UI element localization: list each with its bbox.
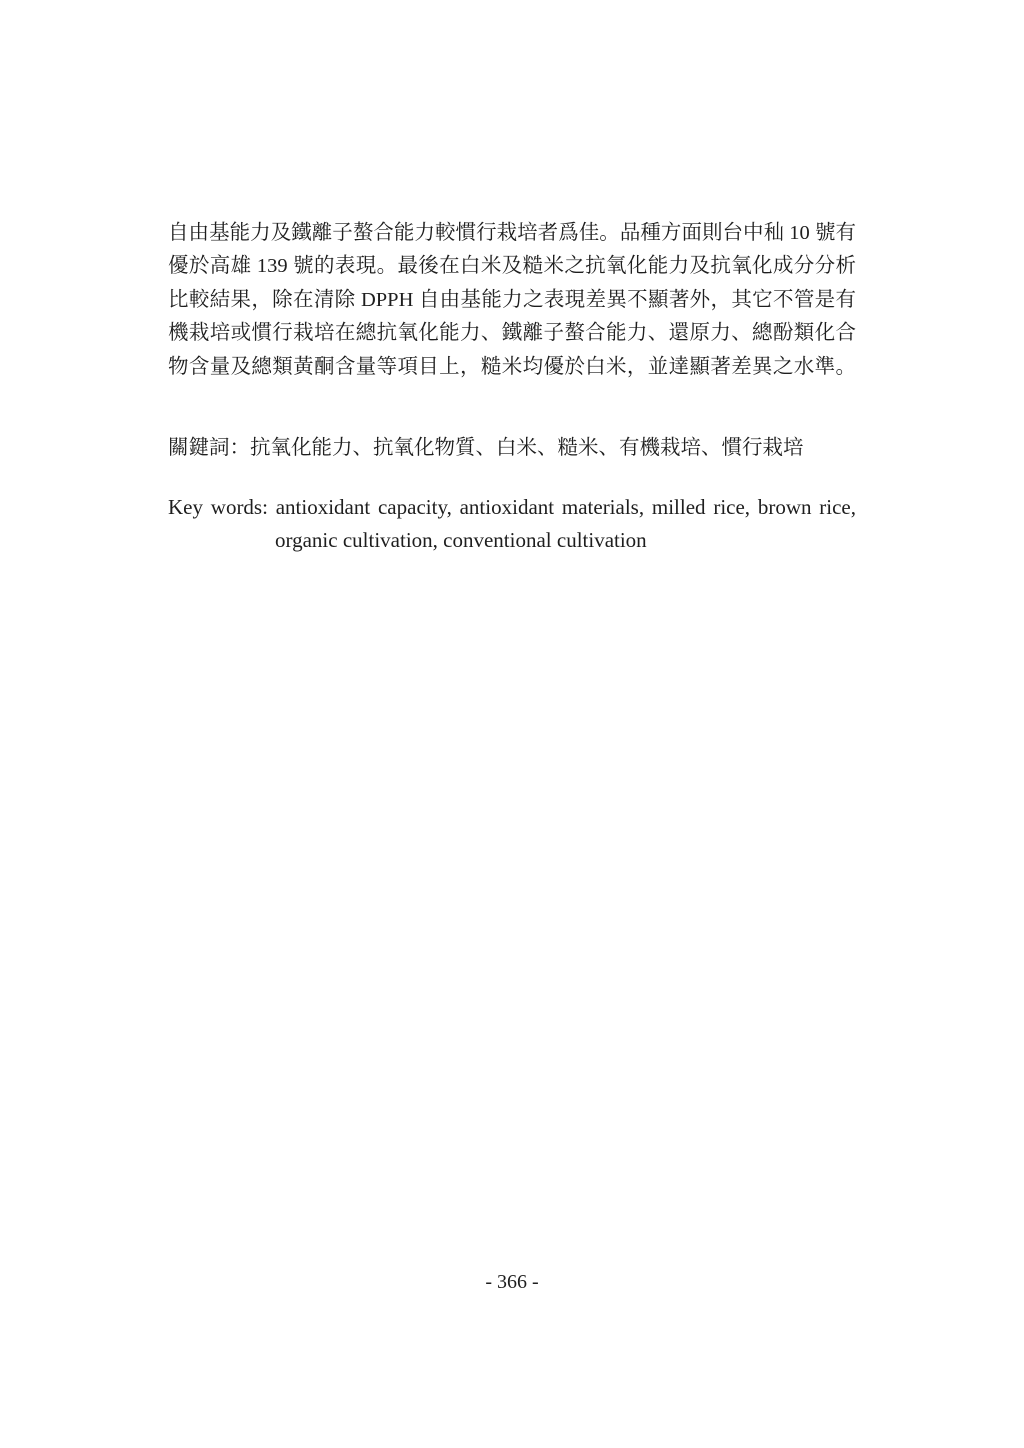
abstract-line: 比較結果，除在清除 DPPH 自由基能力之表現差異不顯著外，其它不管是有 bbox=[168, 284, 856, 317]
abstract-line: 物含量及總類黃酮含量等項目上，糙米均優於白米，並達顯著差異之水準。 bbox=[168, 351, 856, 384]
page-number: - 366 - bbox=[168, 1270, 856, 1294]
abstract-paragraph: 自由基能力及鐵離子螯合能力較慣行栽培者爲佳。品種方面則台中秈 10 號有 優於高… bbox=[168, 217, 856, 384]
abstract-line: 自由基能力及鐵離子螯合能力較慣行栽培者爲佳。品種方面則台中秈 10 號有 bbox=[168, 217, 856, 250]
keywords-en-line2: organic cultivation, conventional cultiv… bbox=[168, 524, 856, 557]
keywords-en-line1: Key words: antioxidant capacity, antioxi… bbox=[168, 491, 856, 524]
keywords-zh: 關鍵詞：抗氧化能力、抗氧化物質、白米、糙米、有機栽培、慣行栽培 bbox=[168, 432, 856, 465]
abstract-line: 機栽培或慣行栽培在總抗氧化能力、鐵離子螯合能力、還原力、總酚類化合 bbox=[168, 317, 856, 350]
abstract-line: 優於高雄 139 號的表現。最後在白米及糙米之抗氧化能力及抗氧化成分分析 bbox=[168, 250, 856, 283]
keywords-en: Key words: antioxidant capacity, antioxi… bbox=[168, 491, 856, 558]
document-page: 自由基能力及鐵離子螯合能力較慣行栽培者爲佳。品種方面則台中秈 10 號有 優於高… bbox=[0, 0, 1024, 1448]
